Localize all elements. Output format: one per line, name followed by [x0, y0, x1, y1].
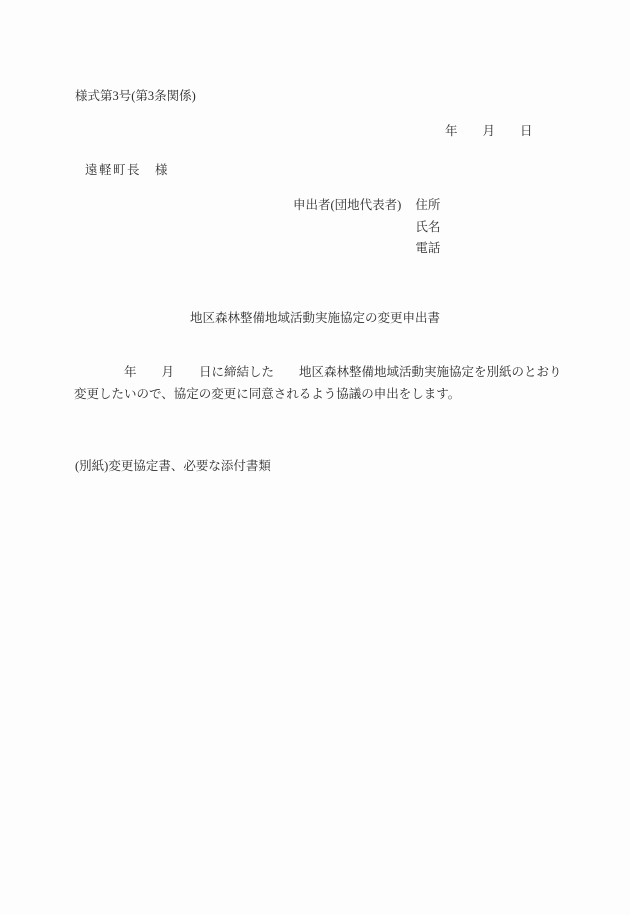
applicant-block: 申出者(団地代表者) 住所 氏名 電話	[293, 195, 440, 260]
applicant-name-label: 氏名	[415, 217, 440, 239]
applicant-label: 申出者(団地代表者)	[293, 195, 401, 217]
addressee-line: 遠軽町長 様	[85, 160, 169, 178]
form-number: 様式第3号(第3条関係)	[75, 86, 196, 104]
body-line-2: 変更したいので、協定の変更に同意されるよう協議の申出をします。	[74, 383, 574, 405]
body-line-1: 年 月 日に締結した 地区森林整備地域活動実施協定を別紙のとおり	[74, 361, 574, 383]
date-line: 年 月 日	[445, 121, 533, 139]
document-title: 地区森林整備地域活動実施協定の変更申出書	[75, 308, 555, 326]
document-page: 様式第3号(第3条関係) 年 月 日 遠軽町長 様 申出者(団地代表者) 住所 …	[0, 0, 630, 915]
applicant-address-label: 住所	[415, 195, 440, 217]
body-paragraph: 年 月 日に締結した 地区森林整備地域活動実施協定を別紙のとおり 変更したいので…	[74, 361, 574, 405]
applicant-phone-label: 電話	[415, 238, 440, 260]
attachment-note: (別紙)変更協定書、必要な添付書類	[75, 455, 271, 477]
applicant-fields: 住所 氏名 電話	[415, 195, 440, 260]
